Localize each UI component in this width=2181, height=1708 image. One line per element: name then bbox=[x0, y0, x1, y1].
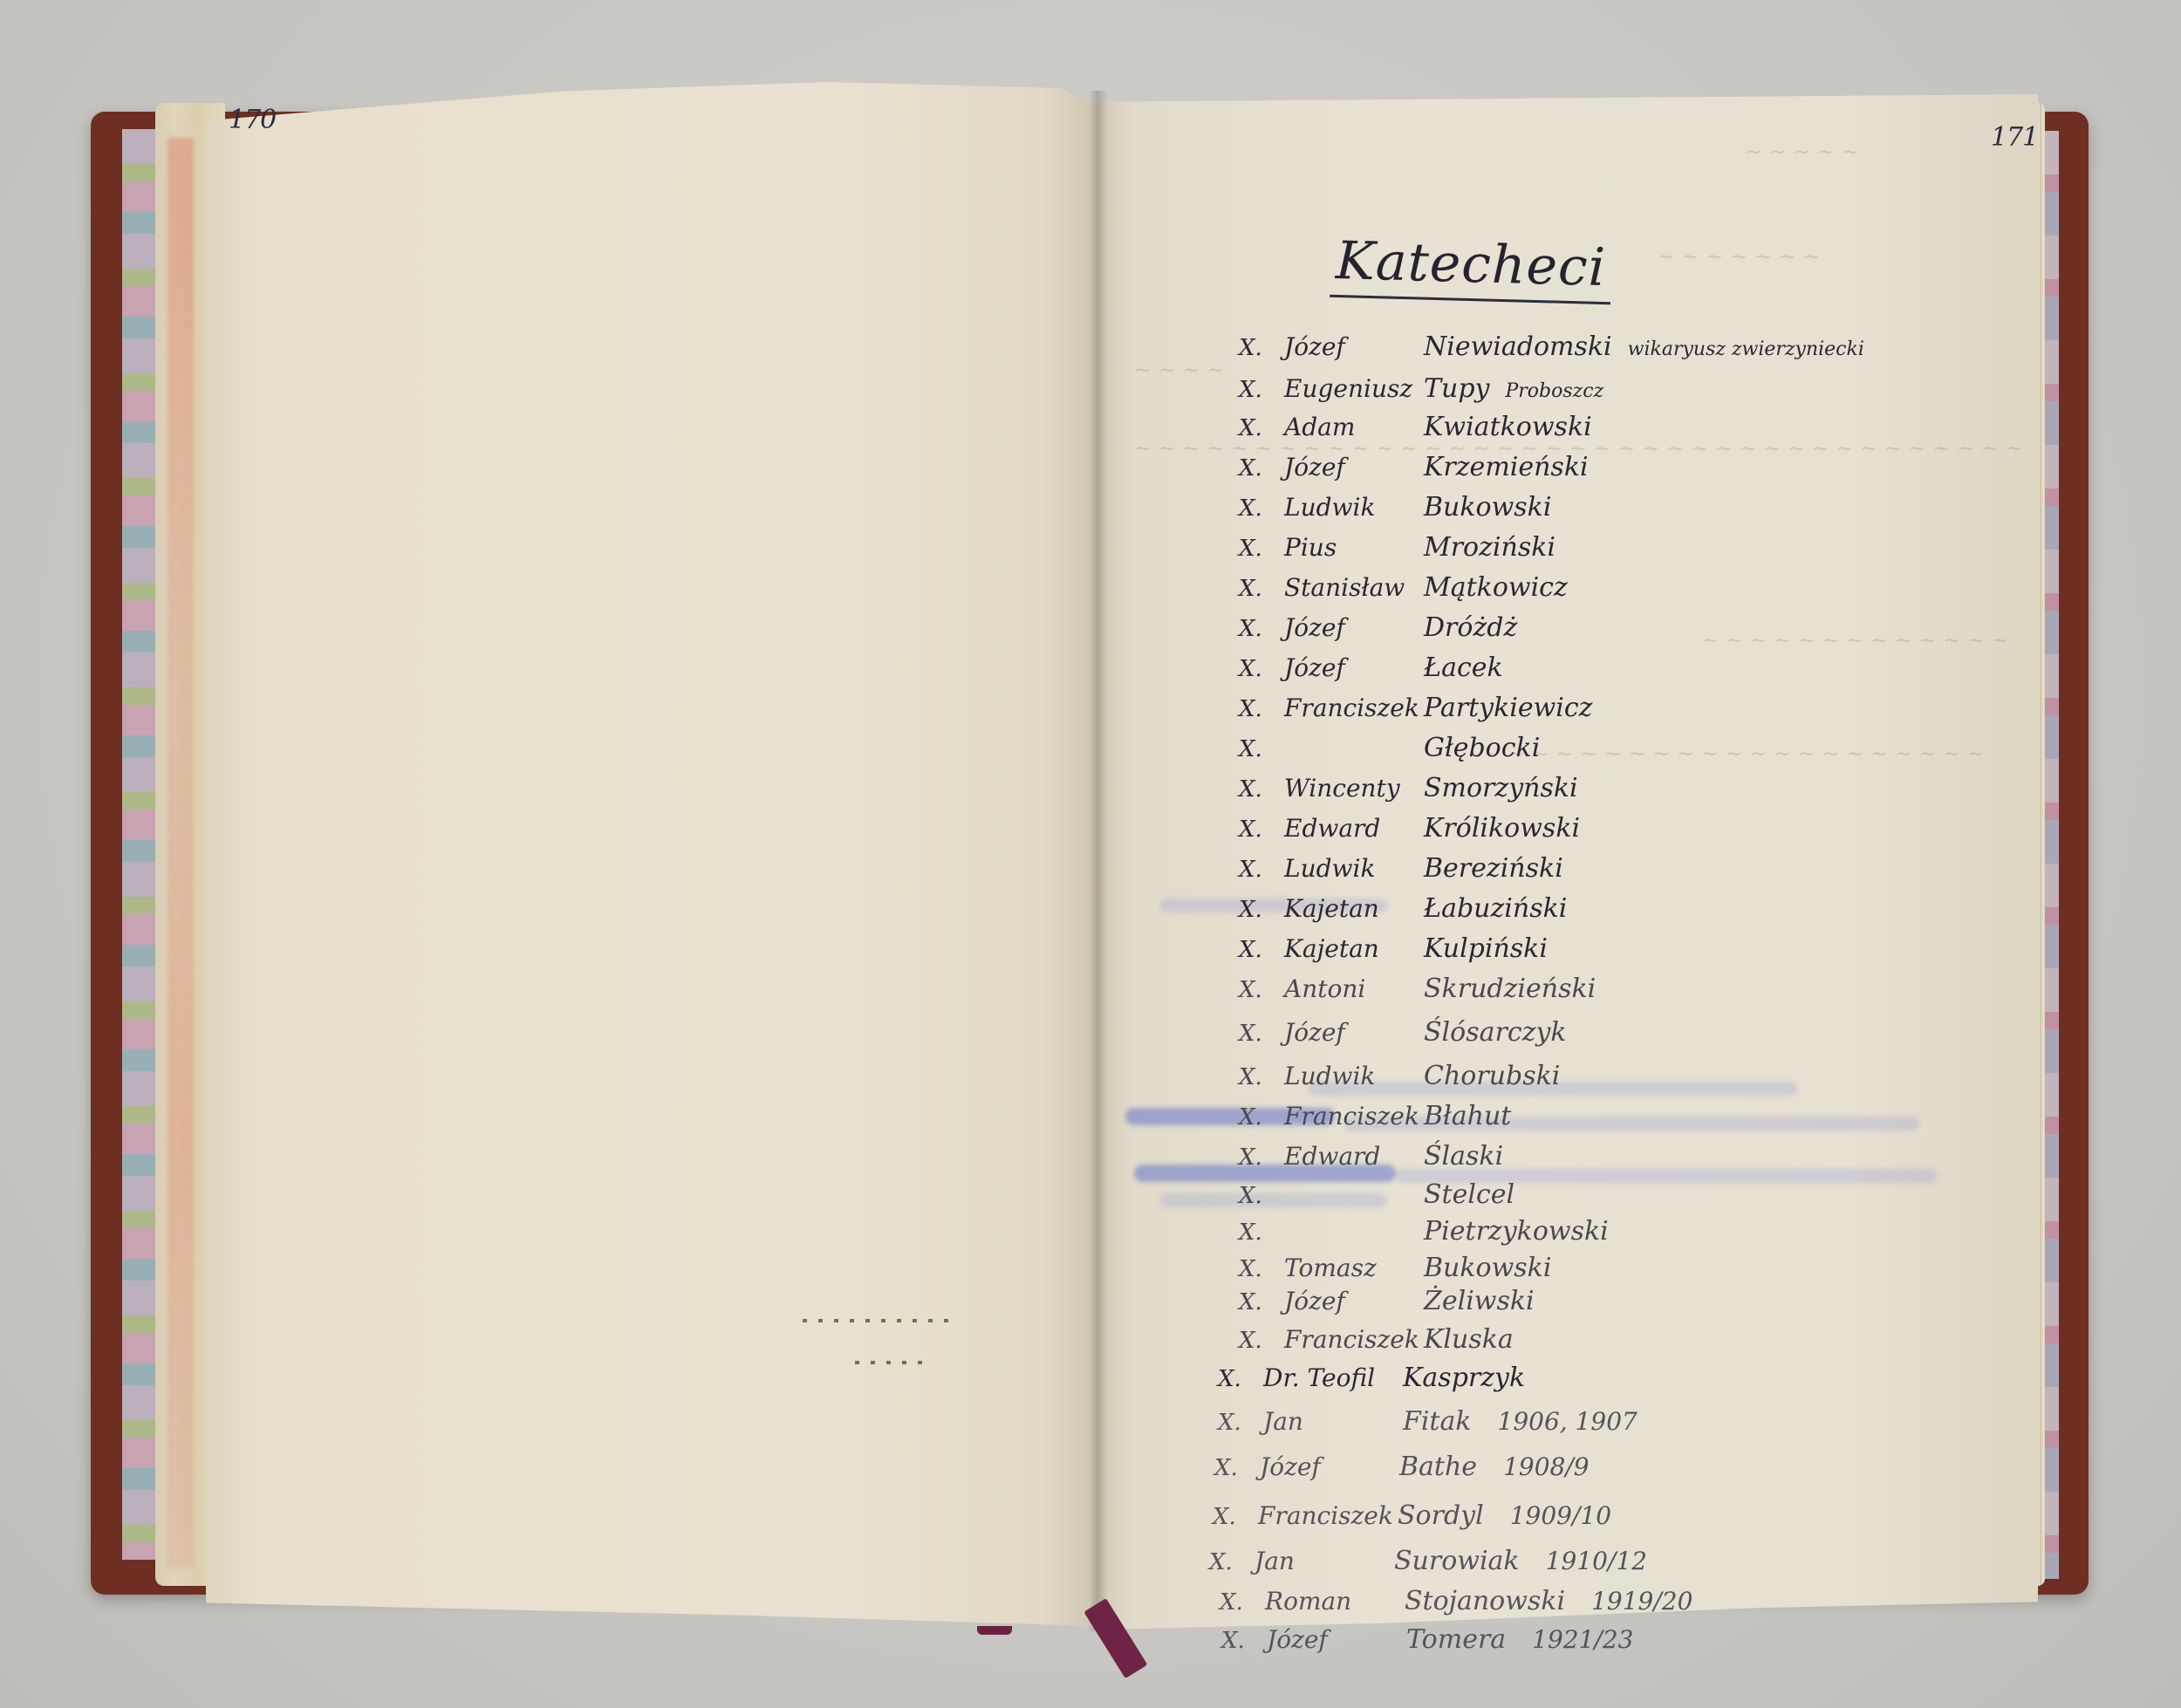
page-heading: Katecheci bbox=[1330, 230, 1612, 304]
list-entry: X. Eugeniusz Tupy Proboszcz bbox=[1239, 373, 2007, 412]
ink-specks bbox=[803, 1319, 951, 1322]
list-entry: X. Kajetan Kulpiński bbox=[1239, 933, 2007, 974]
ink-specks bbox=[855, 1361, 933, 1364]
list-entry: X. Wincenty Smorzyński bbox=[1239, 773, 2007, 813]
service-years: 1909/10 bbox=[1510, 1501, 1611, 1530]
list-entry: X. Józef Żeliwski bbox=[1239, 1286, 2007, 1324]
list-entry: X. Stelcel bbox=[1239, 1179, 2007, 1216]
list-entry: X. Józef Niewiadomski wikaryusz zwierzyn… bbox=[1239, 331, 2007, 373]
list-entry: X. Józef Tomera 1921/23 bbox=[1221, 1624, 2007, 1663]
service-years: 1921/23 bbox=[1532, 1625, 1633, 1654]
page-number-left: 170 bbox=[229, 105, 276, 135]
list-entry: X. Jan Fitak 1906, 1907 bbox=[1218, 1406, 2007, 1452]
list-entry: X. Józef Dróżdż bbox=[1239, 612, 2007, 652]
catechist-list: X. Józef Niewiadomski wikaryusz zwierzyn… bbox=[1239, 331, 2007, 1663]
book-gutter bbox=[1089, 91, 1108, 1631]
service-years: 1910/12 bbox=[1546, 1547, 1647, 1575]
left-page bbox=[206, 82, 1096, 1626]
list-entry: X. Antoni Skrudzieński bbox=[1239, 974, 2007, 1017]
list-entry: X. Józef Krzemieński bbox=[1239, 452, 2007, 492]
service-years: 1919/20 bbox=[1591, 1587, 1692, 1616]
list-entry: X. Józef Ślósarczyk bbox=[1239, 1017, 2007, 1061]
bleed-through-text: ~ ~ ~ ~ ~ bbox=[1745, 140, 1859, 164]
service-years: 1908/9 bbox=[1503, 1452, 1590, 1481]
list-entry: X. Ludwik Bukowski bbox=[1239, 492, 2007, 532]
list-entry: X. Stanisław Mątkowicz bbox=[1239, 572, 2007, 612]
list-entry: X. Pius Mroziński bbox=[1239, 532, 2007, 572]
list-entry: X. Franciszek Sordyl 1909/10 bbox=[1213, 1500, 2007, 1546]
list-entry: X. Roman Stojanowski 1919/20 bbox=[1220, 1586, 2007, 1624]
list-entry: X. Ludwik Chorubski bbox=[1239, 1061, 2007, 1101]
list-entry: X. Franciszek Kluska bbox=[1239, 1324, 2007, 1363]
list-entry: X. Dr. Teofil Kasprzyk bbox=[1218, 1363, 2007, 1406]
list-entry: X. Edward Królikowski bbox=[1239, 813, 2007, 853]
ribbon-end bbox=[977, 1626, 1012, 1635]
bleed-through-text: ~ ~ ~ ~ bbox=[1134, 358, 1224, 382]
list-entry: X. Franciszek Partykiewicz bbox=[1239, 693, 2007, 733]
list-entry: X. Józef Łacek bbox=[1239, 652, 2007, 693]
list-entry: X. Józef Bathe 1908/9 bbox=[1214, 1452, 2007, 1500]
list-entry: X. Adam Kwiatkowski bbox=[1239, 412, 2007, 452]
list-entry: X. Kajetan Łabuziński bbox=[1239, 893, 2007, 933]
bleed-through-text: ~ ~ ~ ~ ~ ~ ~ bbox=[1658, 244, 1821, 269]
red-page-edge bbox=[168, 138, 194, 1568]
service-years: 1906, 1907 bbox=[1498, 1407, 1637, 1436]
list-entry: X. Jan Surowiak 1910/12 bbox=[1209, 1546, 2007, 1586]
list-entry: X. Pietrzykowski bbox=[1239, 1216, 2007, 1253]
list-entry: X. Tomasz Bukowski bbox=[1239, 1253, 2007, 1286]
list-entry: X. Edward Ślaski bbox=[1239, 1141, 2007, 1179]
list-entry: X. Franciszek Błahut bbox=[1239, 1101, 2007, 1141]
list-entry: X. Głębocki bbox=[1239, 733, 2007, 773]
list-entry: X. Ludwik Bereziński bbox=[1239, 853, 2007, 893]
page-number-right: 171 bbox=[1991, 122, 2038, 153]
